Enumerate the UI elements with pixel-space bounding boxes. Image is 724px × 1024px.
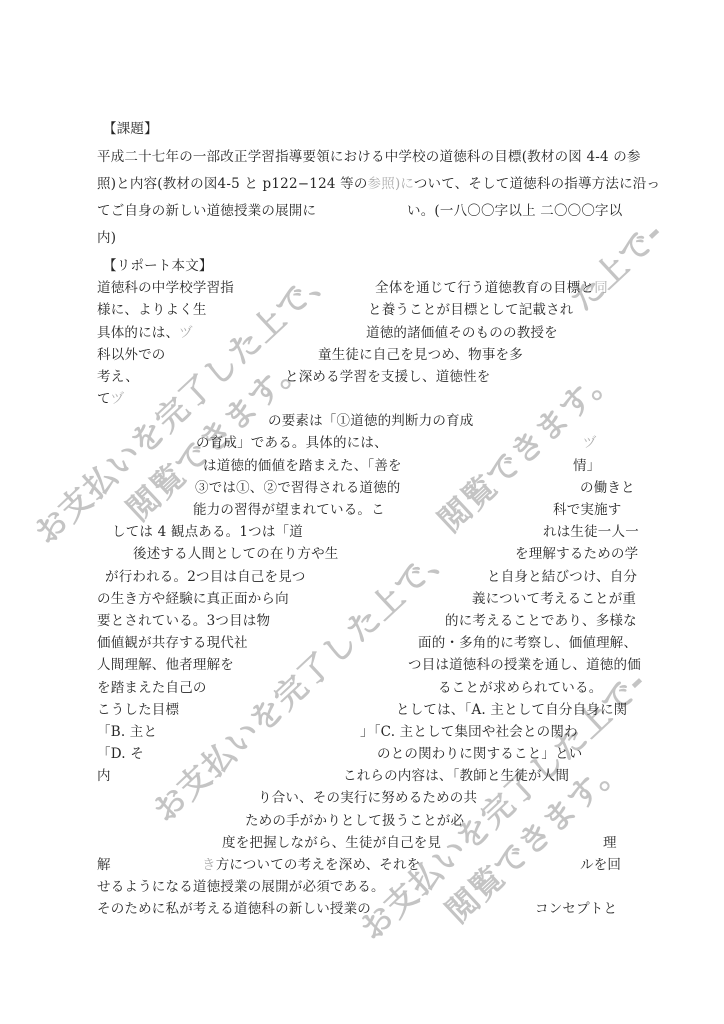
text-fragment: 情」: [573, 458, 600, 475]
text-run: 能力の習得が望まれている。こ: [193, 502, 385, 518]
text-fragment: これらの内容は、「教師と生徒が人間: [343, 768, 569, 785]
text-fragment: 照)と内容(教材の図4-5 と p122−124 等の参照)について、そして道徳…: [97, 176, 660, 193]
text-run: 全体を通じて行う道徳教育の目標と: [375, 280, 594, 296]
text-fragment: しては 4 観点ある。1つは「道: [112, 524, 303, 541]
text-fragment: と養うことが目標として記載され: [368, 302, 574, 319]
text-run: と自身と結びつけ、自分: [487, 569, 637, 585]
text-run: 理: [603, 835, 617, 851]
text-fragment: ルを回: [580, 857, 621, 874]
text-fragment: と自身と結びつけ、自分: [487, 569, 637, 586]
text-fragment: 様に、よりよく生: [97, 302, 207, 319]
text-fragment: としては、「A. 主として自分自身に関: [396, 702, 627, 719]
text-fragment: は道徳的価値を踏まえた、「善を: [203, 458, 402, 475]
text-run: を踏まえた自己の: [97, 680, 207, 696]
report-body-heading: 【リポート本文】: [103, 258, 213, 275]
text-fragment: 内: [97, 768, 111, 785]
text-run: て: [97, 391, 111, 407]
text-run: ための手がかりとして扱うことが必: [245, 813, 464, 829]
erased-text-remnant: 参照)に: [368, 176, 414, 192]
text-run: 「D. そ: [97, 746, 144, 762]
text-fragment: が行われる。2つ目は自己を見つ: [105, 569, 306, 586]
text-run: 義について考えることが重: [472, 591, 636, 607]
text-run: 平成二十七年の一部改正学習指導要領における中学校の道徳科の目標(教材の図 4-4…: [97, 149, 641, 165]
erased-text-remnant: ヅ: [179, 325, 193, 341]
text-fragment: 要とされている。3つ目は物: [97, 613, 270, 630]
text-fragment: つ目は道徳科の授業を通し、道徳的価: [408, 657, 641, 674]
text-run: 解: [97, 857, 111, 873]
text-run: せるようになる道徳授業の展開が必須である。: [97, 879, 385, 895]
text-run: としては、「A. 主として自分自身に関: [396, 702, 627, 718]
text-fragment: き方についての考えを深め、それを: [202, 857, 420, 874]
text-fragment: 「B. 主と: [97, 724, 157, 741]
text-fragment: の要素は「①道徳的判断力の育成: [268, 413, 474, 430]
text-fragment: ③では①、②で習得される道徳的: [195, 480, 401, 497]
text-run: 人間理解、他者理解を: [97, 657, 234, 673]
text-run: 面的・多角的に考察し、価値理解、: [418, 635, 637, 651]
text-run: れは生徒一人一: [543, 524, 639, 540]
text-fragment: 的に考えることであり、多様な: [445, 613, 637, 630]
text-run: これらの内容は、「教師と生徒が人間: [343, 768, 569, 784]
text-fragment: ための手がかりとして扱うことが必: [245, 813, 464, 830]
text-fragment: 義について考えることが重: [472, 591, 636, 608]
text-fragment: 具体的には、ヅ: [97, 325, 193, 342]
text-fragment: 」「C. 主として集団や社会との関わ: [360, 724, 578, 741]
text-fragment: と深める学習を支援し、道徳性を: [285, 369, 491, 386]
text-run: 童生徒に自己を見つめ、物事を多: [318, 347, 523, 363]
text-fragment: 面的・多角的に考察し、価値理解、: [418, 635, 637, 652]
text-fragment: 童生徒に自己を見つめ、物事を多: [318, 347, 523, 364]
text-run: 照)と内容(教材の図4-5 と p122−124 等の: [97, 176, 368, 192]
text-fragment: 全体を通じて行う道徳教育の目標と同: [375, 280, 608, 297]
text-run: 科以外での: [97, 347, 166, 363]
text-fragment: を踏まえた自己の: [97, 680, 207, 697]
text-run: のとの関わりに関すること」とい: [377, 746, 583, 762]
text-run: を理解するための学: [515, 546, 638, 562]
text-run: 道徳科の中学校学習指: [97, 280, 234, 296]
text-fragment: ることが求められている。: [438, 680, 602, 697]
text-run: 考え、: [97, 369, 139, 385]
text-run: てご自身の新しい道徳授業の展開に: [97, 203, 316, 219]
text-run: 「B. 主と: [97, 724, 157, 740]
text-fragment: 能力の習得が望まれている。こ: [193, 502, 385, 519]
text-fragment: り合い、その実行に努めるための共: [258, 790, 477, 807]
text-run: は道徳的価値を踏まえた、「善を: [203, 458, 402, 474]
text-fragment: 科以外での: [97, 347, 166, 364]
text-fragment: 度を把握しながら、生徒が自己を見: [222, 835, 441, 852]
text-run: り合い、その実行に努めるための共: [258, 790, 477, 806]
text-fragment: てご自身の新しい道徳授業の展開に: [97, 203, 316, 220]
text-fragment: 価値観が共存する現代社: [97, 635, 248, 652]
text-run: 内): [97, 230, 116, 246]
text-fragment: せるようになる道徳授業の展開が必須である。: [97, 879, 385, 896]
text-fragment: れは生徒一人一: [543, 524, 639, 541]
text-run: つ目は道徳科の授業を通し、道徳的価: [408, 657, 641, 673]
text-fragment: 平成二十七年の一部改正学習指導要領における中学校の道徳科の目標(教材の図 4-4…: [97, 149, 641, 166]
text-run: の働きと: [580, 480, 635, 496]
text-fragment: 道徳的諸価値そのものの教授を: [366, 325, 558, 342]
text-run: 要とされている。3つ目は物: [97, 613, 270, 629]
text-fragment: 人間理解、他者理解を: [97, 657, 234, 674]
text-fragment: 理: [603, 835, 617, 852]
document-text-layer: 【課題】 【リポート本文】 平成二十七年の一部改正学習指導要領における中学校の道…: [0, 0, 724, 1024]
text-fragment: こうした目標: [97, 702, 179, 719]
text-fragment: の働きと: [580, 480, 635, 497]
text-run: が行われる。2つ目は自己を見つ: [105, 569, 306, 585]
text-run: 科で実施す: [553, 502, 622, 518]
text-run: の生き方や経験に真正面から向: [97, 591, 289, 607]
text-run: 価値観が共存する現代社: [97, 635, 248, 651]
text-fragment: てヅ: [97, 391, 124, 408]
erased-text-remnant: 同: [594, 280, 608, 296]
text-fragment: の生き方や経験に真正面から向: [97, 591, 289, 608]
text-run: 」「C. 主として集団や社会との関わ: [360, 724, 578, 740]
text-run: 内: [97, 768, 111, 784]
erased-text-remnant: ヅ: [583, 435, 597, 451]
text-run: そのために私が考える道徳科の新しい授業の: [97, 901, 371, 917]
text-fragment: のとの関わりに関すること」とい: [377, 746, 583, 763]
text-fragment: 道徳科の中学校学習指: [97, 280, 234, 297]
text-run: い。(一八〇〇字以上 二〇〇〇字以: [407, 203, 622, 219]
text-fragment: ヅ: [583, 435, 597, 452]
document-page: た上で-お支払いを完了した上で、閲覧できます。閲覧できます。お支払いを完了した上…: [0, 0, 724, 1024]
text-fragment: コンセプトと: [535, 901, 617, 918]
text-run: ③では①、②で習得される道徳的: [195, 480, 401, 496]
assignment-heading: 【課題】: [103, 121, 158, 138]
text-run: 後述する人間としての在り方や生: [133, 546, 339, 562]
text-fragment: の育成」である。具体的には、: [196, 435, 388, 452]
text-run: コンセプトと: [535, 901, 617, 917]
text-run: と養うことが目標として記載され: [368, 302, 574, 318]
text-fragment: 考え、: [97, 369, 139, 386]
text-run: しては 4 観点ある。1つは「道: [112, 524, 303, 540]
text-run: 度を把握しながら、生徒が自己を見: [222, 835, 441, 851]
text-run: 情」: [573, 458, 600, 474]
text-run: の育成」である。具体的には、: [196, 435, 388, 451]
text-fragment: 「D. そ: [97, 746, 144, 763]
erased-text-remnant: き: [202, 857, 216, 873]
text-fragment: そのために私が考える道徳科の新しい授業の: [97, 901, 371, 918]
text-fragment: 科で実施す: [553, 502, 622, 519]
text-fragment: 後述する人間としての在り方や生: [133, 546, 339, 563]
text-run: 道徳的諸価値そのものの教授を: [366, 325, 558, 341]
text-run: ルを回: [580, 857, 621, 873]
text-run: ることが求められている。: [438, 680, 602, 696]
text-fragment: を理解するための学: [515, 546, 638, 563]
text-run: 的に考えることであり、多様な: [445, 613, 637, 629]
text-fragment: 解: [97, 857, 111, 874]
text-run: 様に、よりよく生: [97, 302, 207, 318]
text-run: 方についての考えを深め、それを: [216, 857, 421, 873]
text-run: と深める学習を支援し、道徳性を: [285, 369, 491, 385]
erased-text-remnant: ヅ: [111, 391, 125, 407]
text-run: の要素は「①道徳的判断力の育成: [268, 413, 474, 429]
text-run: ついて、そして道徳科の指導方法に沿っ: [414, 176, 660, 192]
text-fragment: 内): [97, 230, 116, 247]
text-fragment: い。(一八〇〇字以上 二〇〇〇字以: [407, 203, 622, 220]
text-run: 具体的には、: [97, 325, 179, 341]
text-run: こうした目標: [97, 702, 179, 718]
